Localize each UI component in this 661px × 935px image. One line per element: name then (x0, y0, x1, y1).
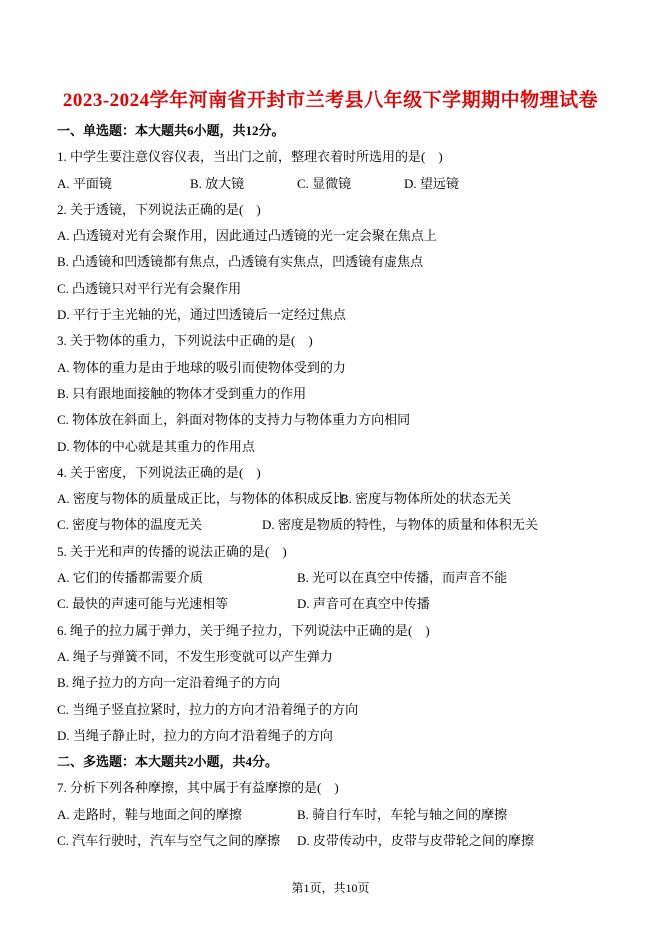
exam-title: 2023-2024学年河南省开封市兰考县八年级下学期期中物理试卷 (0, 85, 661, 112)
q2-option-d: D. 平行于主光轴的光，通过凹透镜后一定经过焦点 (57, 302, 607, 328)
q7-option-c: C. 汽车行驶时，汽车与空气之间的摩擦 (57, 828, 297, 854)
q7-option-b: B. 骑自行车时，车轮与轴之间的摩擦 (297, 802, 507, 828)
q2-stem: 2. 关于透镜，下列说法正确的是( ) (57, 197, 607, 223)
q5-option-d: D. 声音可在真空中传播 (297, 591, 430, 617)
q3-stem: 3. 关于物体的重力，下列说法中正确的是( ) (57, 328, 607, 354)
q5-options-row-1: A. 它们的传播都需要介质B. 光可以在真空中传播，而声音不能 (57, 565, 607, 591)
q4-options-row-2: C. 密度与物体的温度无关D. 密度是物质的特性，与物体的质量和体积无关 (57, 512, 607, 538)
q3-option-b: B. 只有跟地面接触的物体才受到重力的作用 (57, 381, 607, 407)
q5-options-row-2: C. 最快的声速可能与光速相等D. 声音可在真空中传播 (57, 591, 607, 617)
q2-option-b: B. 凸透镜和凹透镜都有焦点，凸透镜有实焦点，凹透镜有虚焦点 (57, 249, 607, 275)
q2-option-c: C. 凸透镜只对平行光有会聚作用 (57, 276, 607, 302)
q6-option-c: C. 当绳子竖直拉紧时，拉力的方向才沿着绳子的方向 (57, 697, 607, 723)
section-heading-1: 一、单选题：本大题共6小题，共12分。 (57, 118, 607, 144)
exam-body: 一、单选题：本大题共6小题，共12分。 1. 中学生要注意仪容仪表，当出门之前，… (57, 118, 607, 854)
q3-option-c: C. 物体放在斜面上，斜面对物体的支持力与物体重力方向相同 (57, 407, 607, 433)
q1-option-a: A. 平面镜 (57, 171, 190, 197)
q6-option-a: A. 绳子与弹簧不同，不发生形变就可以产生弹力 (57, 644, 607, 670)
q2-option-a: A. 凸透镜对光有会聚作用，因此通过凸透镜的光一定会聚在焦点上 (57, 223, 607, 249)
q1-option-b: B. 放大镜 (190, 171, 297, 197)
q7-option-d: D. 皮带传动中，皮带与皮带轮之间的摩擦 (297, 828, 534, 854)
section-heading-2: 二、多选题：本大题共2小题，共4分。 (57, 749, 607, 775)
q7-stem: 7. 分析下列各种摩擦，其中属于有益摩擦的是( ) (57, 775, 607, 801)
q7-option-a: A. 走路时，鞋与地面之间的摩擦 (57, 802, 297, 828)
q7-options-row-2: C. 汽车行驶时，汽车与空气之间的摩擦D. 皮带传动中，皮带与皮带轮之间的摩擦 (57, 828, 607, 854)
q1-options-row: A. 平面镜B. 放大镜C. 显微镜D. 望远镜 (57, 171, 607, 197)
q6-stem: 6. 绳子的拉力属于弹力，关于绳子拉力，下列说法中正确的是( ) (57, 618, 607, 644)
exam-paper-page: 2023-2024学年河南省开封市兰考县八年级下学期期中物理试卷 一、单选题：本… (0, 0, 661, 935)
q4-option-b: B. 密度与物体所处的状态无关 (340, 486, 511, 512)
q4-stem: 4. 关于密度，下列说法正确的是( ) (57, 460, 607, 486)
q5-stem: 5. 关于光和声的传播的说法正确的是( ) (57, 539, 607, 565)
q7-options-row-1: A. 走路时，鞋与地面之间的摩擦B. 骑自行车时，车轮与轴之间的摩擦 (57, 802, 607, 828)
q1-option-d: D. 望远镜 (404, 171, 459, 197)
q3-option-a: A. 物体的重力是由于地球的吸引而使物体受到的力 (57, 355, 607, 381)
q6-option-d: D. 当绳子静止时，拉力的方向才沿着绳子的方向 (57, 723, 607, 749)
q4-option-c: C. 密度与物体的温度无关 (57, 512, 262, 538)
q5-option-a: A. 它们的传播都需要介质 (57, 565, 297, 591)
q4-option-a: A. 密度与物体的质量成正比，与物体的体积成反比 (57, 486, 340, 512)
q5-option-c: C. 最快的声速可能与光速相等 (57, 591, 297, 617)
q1-option-c: C. 显微镜 (297, 171, 404, 197)
q5-option-b: B. 光可以在真空中传播，而声音不能 (297, 565, 507, 591)
q6-option-b: B. 绳子拉力的方向一定沿着绳子的方向 (57, 670, 607, 696)
page-footer: 第1页，共10页 (0, 881, 661, 896)
q1-stem: 1. 中学生要注意仪容仪表，当出门之前，整理衣着时所选用的是( ) (57, 144, 607, 170)
q4-options-row-1: A. 密度与物体的质量成正比，与物体的体积成反比B. 密度与物体所处的状态无关 (57, 486, 607, 512)
q4-option-d: D. 密度是物质的特性，与物体的质量和体积无关 (262, 512, 538, 538)
q3-option-d: D. 物体的中心就是其重力的作用点 (57, 434, 607, 460)
